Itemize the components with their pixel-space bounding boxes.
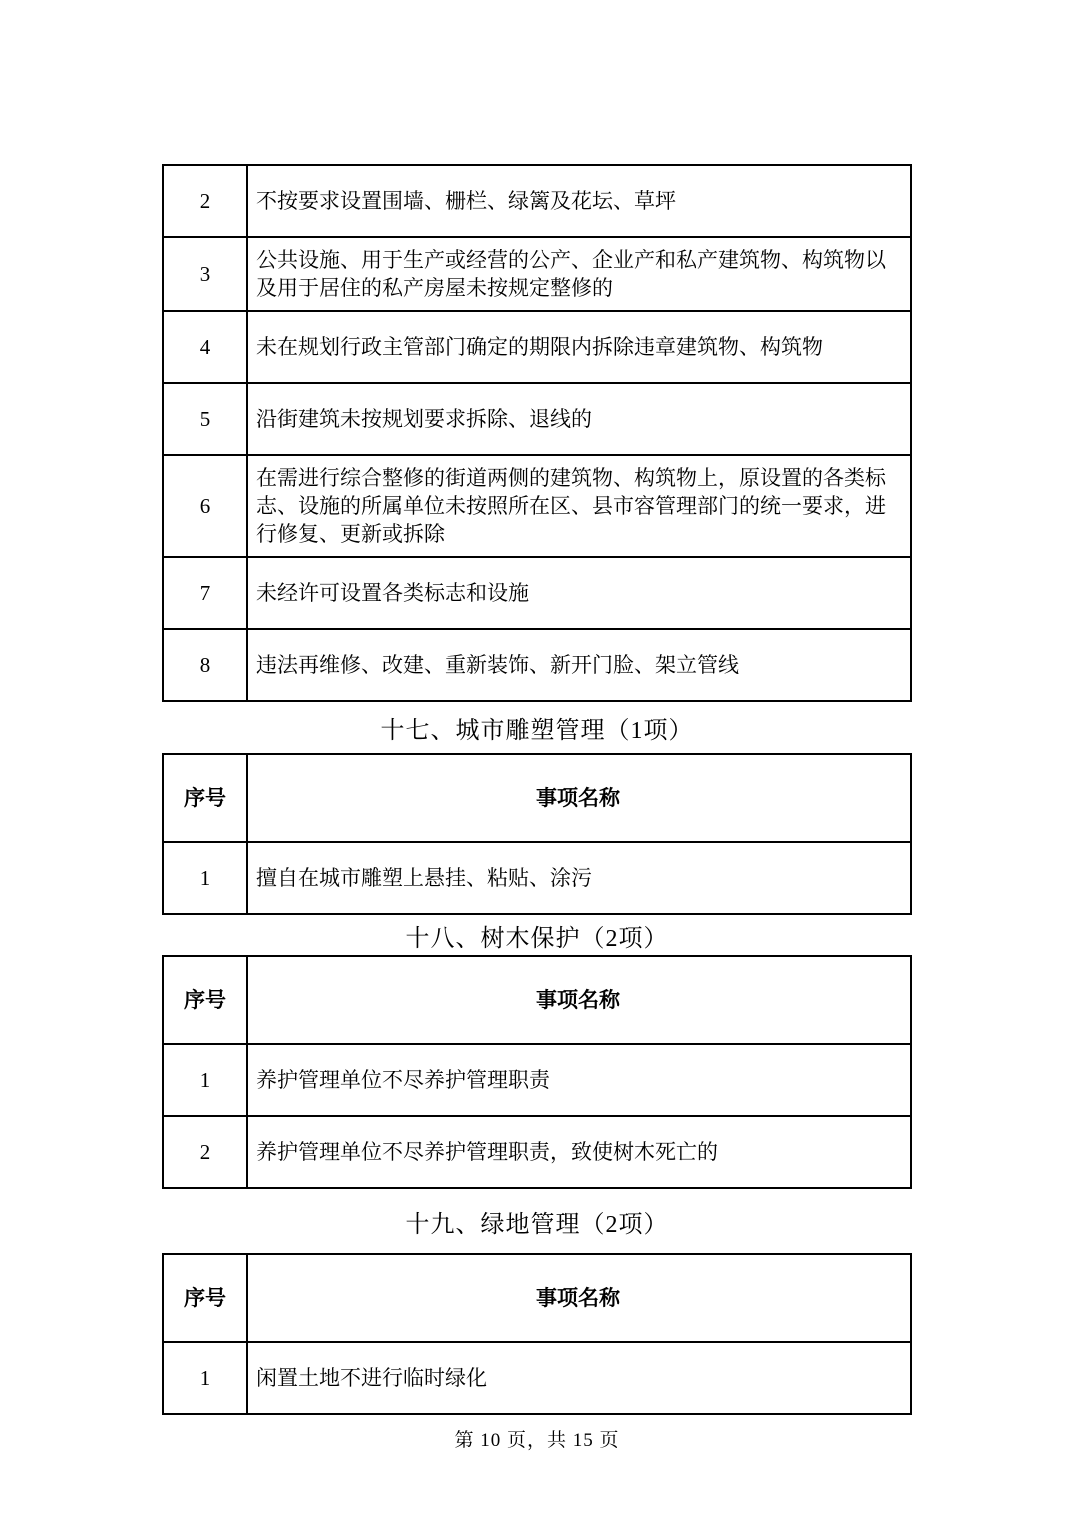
document-body: 2 不按要求设置围墙、栅栏、绿篱及花坛、草坪 3 公共设施、用于生产或经营的公产…	[162, 164, 912, 1415]
row-number-cell: 4	[163, 311, 247, 383]
item-name-cell: 不按要求设置围墙、栅栏、绿篱及花坛、草坪	[247, 165, 911, 237]
table-19: 序号 事项名称 1 闲置土地不进行临时绿化	[162, 1253, 912, 1415]
table-row: 3 公共设施、用于生产或经营的公产、企业产和私产建筑物、构筑物以及用于居住的私产…	[163, 237, 911, 311]
row-number-cell: 1	[163, 1342, 247, 1414]
row-number-cell: 2	[163, 165, 247, 237]
row-number-cell: 7	[163, 557, 247, 629]
item-name-cell: 违法再维修、改建、重新装饰、新开门脸、架立管线	[247, 629, 911, 701]
item-name-cell: 公共设施、用于生产或经营的公产、企业产和私产建筑物、构筑物以及用于居住的私产房屋…	[247, 237, 911, 311]
table-16-continuation: 2 不按要求设置围墙、栅栏、绿篱及花坛、草坪 3 公共设施、用于生产或经营的公产…	[162, 164, 912, 702]
table-row: 4 未在规划行政主管部门确定的期限内拆除违章建筑物、构筑物	[163, 311, 911, 383]
column-header-number: 序号	[163, 1254, 247, 1342]
row-number-cell: 3	[163, 237, 247, 311]
row-number-cell: 6	[163, 455, 247, 557]
item-name-cell: 沿街建筑未按规划要求拆除、退线的	[247, 383, 911, 455]
table-row: 1 养护管理单位不尽养护管理职责	[163, 1044, 911, 1116]
table-17: 序号 事项名称 1 擅自在城市雕塑上悬挂、粘贴、涂污	[162, 753, 912, 915]
table-row: 8 违法再维修、改建、重新装饰、新开门脸、架立管线	[163, 629, 911, 701]
row-number-cell: 8	[163, 629, 247, 701]
item-name-cell: 未经许可设置各类标志和设施	[247, 557, 911, 629]
row-number-cell: 5	[163, 383, 247, 455]
section-heading-18: 十八、树木保护（2项）	[162, 915, 912, 955]
page-footer: 第 10 页，共 15 页	[0, 1425, 1074, 1452]
table-row: 5 沿街建筑未按规划要求拆除、退线的	[163, 383, 911, 455]
row-number-cell: 1	[163, 842, 247, 914]
table-header-row: 序号 事项名称	[163, 754, 911, 842]
table-18: 序号 事项名称 1 养护管理单位不尽养护管理职责 2 养护管理单位不尽养护管理职…	[162, 955, 912, 1189]
column-header-number: 序号	[163, 956, 247, 1044]
table-header-row: 序号 事项名称	[163, 956, 911, 1044]
item-name-cell: 养护管理单位不尽养护管理职责	[247, 1044, 911, 1116]
item-name-cell: 在需进行综合整修的街道两侧的建筑物、构筑物上，原设置的各类标志、设施的所属单位未…	[247, 455, 911, 557]
row-number-cell: 2	[163, 1116, 247, 1188]
item-name-cell: 未在规划行政主管部门确定的期限内拆除违章建筑物、构筑物	[247, 311, 911, 383]
item-name-cell: 擅自在城市雕塑上悬挂、粘贴、涂污	[247, 842, 911, 914]
section-heading-19: 十九、绿地管理（2项）	[162, 1189, 912, 1253]
table-row: 2 不按要求设置围墙、栅栏、绿篱及花坛、草坪	[163, 165, 911, 237]
item-name-cell: 养护管理单位不尽养护管理职责，致使树木死亡的	[247, 1116, 911, 1188]
column-header-item-name: 事项名称	[247, 754, 911, 842]
column-header-item-name: 事项名称	[247, 956, 911, 1044]
table-header-row: 序号 事项名称	[163, 1254, 911, 1342]
item-name-cell: 闲置土地不进行临时绿化	[247, 1342, 911, 1414]
row-number-cell: 1	[163, 1044, 247, 1116]
table-row: 1 闲置土地不进行临时绿化	[163, 1342, 911, 1414]
table-row: 6 在需进行综合整修的街道两侧的建筑物、构筑物上，原设置的各类标志、设施的所属单…	[163, 455, 911, 557]
column-header-item-name: 事项名称	[247, 1254, 911, 1342]
section-heading-17: 十七、城市雕塑管理（1项）	[162, 702, 912, 753]
table-row: 7 未经许可设置各类标志和设施	[163, 557, 911, 629]
column-header-number: 序号	[163, 754, 247, 842]
table-row: 2 养护管理单位不尽养护管理职责，致使树木死亡的	[163, 1116, 911, 1188]
table-row: 1 擅自在城市雕塑上悬挂、粘贴、涂污	[163, 842, 911, 914]
